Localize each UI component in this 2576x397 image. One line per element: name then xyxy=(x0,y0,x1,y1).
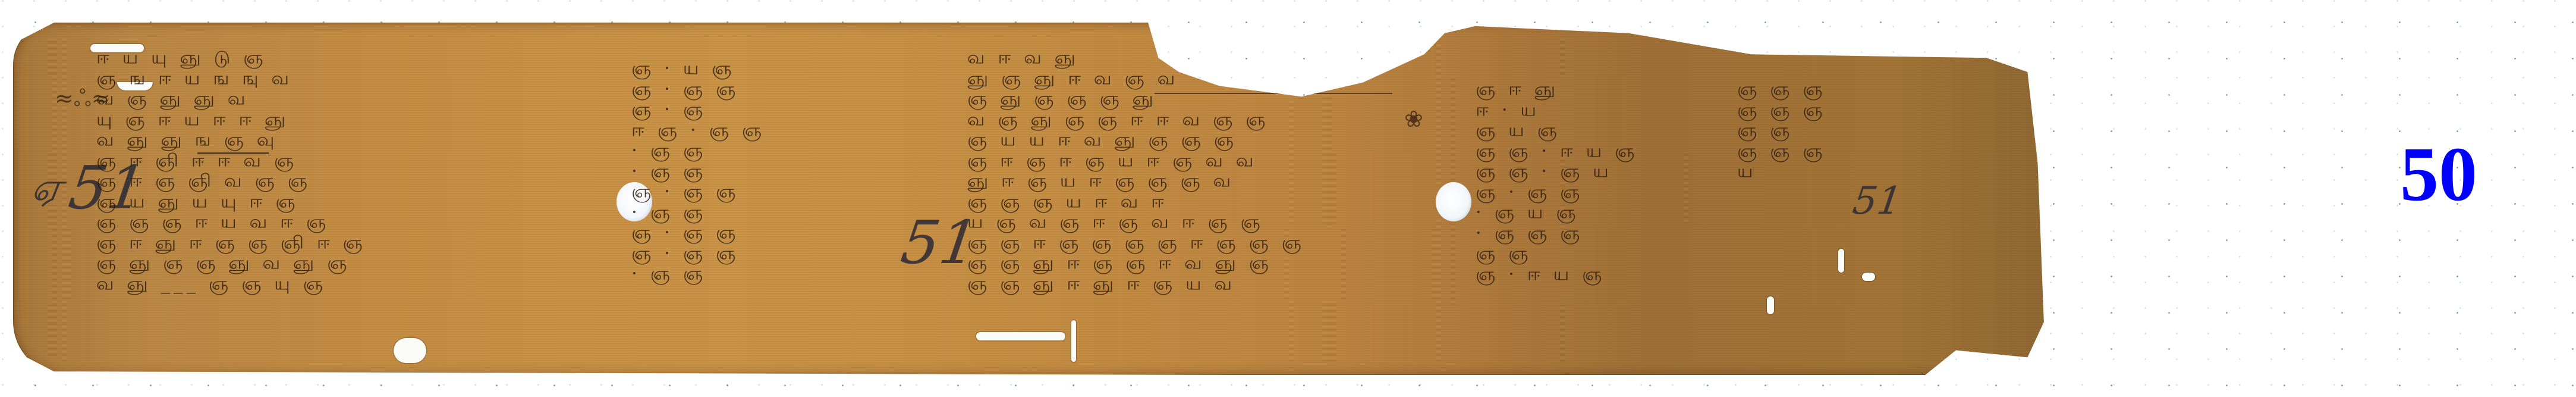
damage-mark xyxy=(1862,273,1875,281)
page-number: 50 xyxy=(2400,136,2477,213)
text-line: ஞ ஞ ஞ xyxy=(1737,100,1826,120)
text-line: · ஞ ஞ xyxy=(631,264,765,284)
text-line: ஞ ஞு ஞ ஞ ஞு வ ஞு ஞ xyxy=(96,254,366,273)
text-rule xyxy=(1155,93,1392,94)
text-line: ஞ ஞ ஞ xyxy=(1737,141,1826,161)
text-line: ஞ · ஞ ஞ xyxy=(631,243,765,263)
text-column-1-side: ஞ · ய ஞ ஞ · ஞ ஞ ஞ · ஞ ஈ ஞ · ஞ ஞ · ஞ ஞ · … xyxy=(631,58,765,285)
text-line: · ஞ ஞ xyxy=(631,141,765,161)
text-line: யு ஞ ஈ ய ஈ ஈ ஞு xyxy=(96,110,366,129)
text-column-3: ஞ ஈ ஞு ஈ · ய ஞ ய ஞ ஞ ஞ · ஈ ய ஞ ஞ ஞ · ஞ ய… xyxy=(1476,79,1638,285)
text-line: ஞ ஞ ஞு ஈ ஞ ஞ ஈ வ ஞு ஞ xyxy=(967,254,1305,273)
text-line: ஞ ஞு ஞ ஞ ஞ ஞு xyxy=(967,89,1305,109)
text-line: ஞ ய ஞ xyxy=(1476,121,1638,140)
damage-mark xyxy=(1071,320,1076,362)
text-line: ஈ ய யு ஞு டு ஞ xyxy=(96,48,366,68)
text-line: ஞ · ஞ ஞ xyxy=(631,79,765,99)
text-line: ஈ · ய xyxy=(1476,100,1638,120)
text-line: வ ஞ ஞு ஞு வ xyxy=(96,89,366,109)
text-line: ஞ ஞ · ஈ ய ஞ xyxy=(1476,141,1638,161)
text-line: ஞ · ஞ ஞ xyxy=(631,182,765,202)
text-line: ஞ · ய ஞ xyxy=(631,59,765,79)
folio-marker-left-prefix: ஏ xyxy=(30,168,65,207)
text-line: ஞ · ஞ xyxy=(631,100,765,120)
text-line: ஞ ஈ ஞு xyxy=(1476,80,1638,99)
text-line: · ஞ ஞ xyxy=(631,161,765,181)
text-line: ஞு ஞ ஞு ஈ வ ஞ வ xyxy=(967,68,1305,88)
text-line: வ ஞு ___ ஞ ஞ யு ஞ xyxy=(96,274,366,293)
text-line: ஞ ஞ xyxy=(1476,244,1638,264)
text-column-2: வ ஈ வ ஞு ஞு ஞ ஞு ஈ வ ஞ வ ஞ ஞு ஞ ஞ ஞ ஞு வ… xyxy=(967,48,1305,294)
text-line: ஞ ய ஞு ய யு ஈ ஞ xyxy=(96,192,366,211)
text-line: · ஞ ய ஞ xyxy=(1476,203,1638,223)
text-line: ஞ ஞ xyxy=(1737,121,1826,140)
text-line: ஈ ஞ · ஞ ஞ xyxy=(631,120,765,140)
text-line: ய ஞ வ ஞ ஈ ஞ வ ஈ ஞ ஞ xyxy=(967,212,1305,232)
text-line: வ ஈ வ ஞு xyxy=(967,48,1305,68)
damage-mark xyxy=(1838,249,1844,273)
text-line: · ஞ ஞ xyxy=(631,202,765,222)
text-line: · ஞ ஞ ஞ xyxy=(1476,223,1638,243)
text-line: ஞ ஞ ஞ xyxy=(1737,80,1826,99)
text-line: ஞ ஞ ஞு ஈ ஞு ஈ ஞ ய வ xyxy=(967,274,1305,293)
text-line: ஞ · ஞ ஞ xyxy=(631,223,765,243)
text-line: ஞ ஈ ஞ ஞி வ ஞ ஞ xyxy=(96,171,366,191)
text-line: வ ஞ ஞு ஞ ஞ ஈ ஈ வ ஞ ஞ xyxy=(967,110,1305,129)
palm-leaf: ≈ஃ≈ ❀ ஏ 51 51 51 ஈ ய யு ஞு டு ஞ ஞ ங ஈ ய … xyxy=(13,23,2058,375)
text-line: ஞ ஞ · ஞ ய xyxy=(1476,162,1638,182)
text-rule xyxy=(197,152,269,154)
text-line: ஞு ஈ ஞ ய ஈ ஞ ஞ ஞ வ xyxy=(967,171,1305,191)
binding-hole-right xyxy=(1436,182,1471,221)
damage-mark xyxy=(1767,296,1774,314)
decorative-doodle: ❀ xyxy=(1404,106,1423,132)
text-line: ஞ · ஈ ய ஞ xyxy=(1476,264,1638,284)
text-line: ஞ ஈ ஞ ஈ ஞ ய ஈ ஞ வ வ xyxy=(967,151,1305,170)
text-line: ஞ ஞ ஞ ஈ ய வ ஈ ஞ xyxy=(96,212,366,232)
text-line: ஞ · ஞ ஞ xyxy=(1476,182,1638,202)
text-line: ஞ ங ஈ ய ங ஙு வ xyxy=(96,68,366,88)
text-column-1: ஈ ய யு ஞு டு ஞ ஞ ங ஈ ய ங ஙு வ வ ஞ ஞு ஞு … xyxy=(96,48,366,294)
damage-mark xyxy=(976,332,1065,340)
text-line: ய xyxy=(1737,162,1826,182)
damage-mark xyxy=(394,338,426,363)
text-line: ஞ ஞ ஞ ய ஈ வ ஈ xyxy=(967,192,1305,211)
text-column-3-margin: ஞ ஞ ஞ ஞ ஞ ஞ ஞ ஞ ஞ ஞ ஞ ய xyxy=(1737,79,1826,182)
text-line: வ ஞு ஞு ங ஞ வு xyxy=(96,130,366,150)
text-line: ஞ ய ய ஈ வ ஞு ஞ ஞ ஞ xyxy=(967,130,1305,150)
text-line: ஞ ஈ ஞு ஈ ஞ ஞ ஞி ஈ ஞ xyxy=(96,233,366,252)
text-line: ஞ ஞ ஈ ஞ ஞ ஞ ஞ ஈ ஞ ஞ ஞ xyxy=(967,233,1305,252)
folio-marker-right: 51 xyxy=(1851,182,1904,220)
